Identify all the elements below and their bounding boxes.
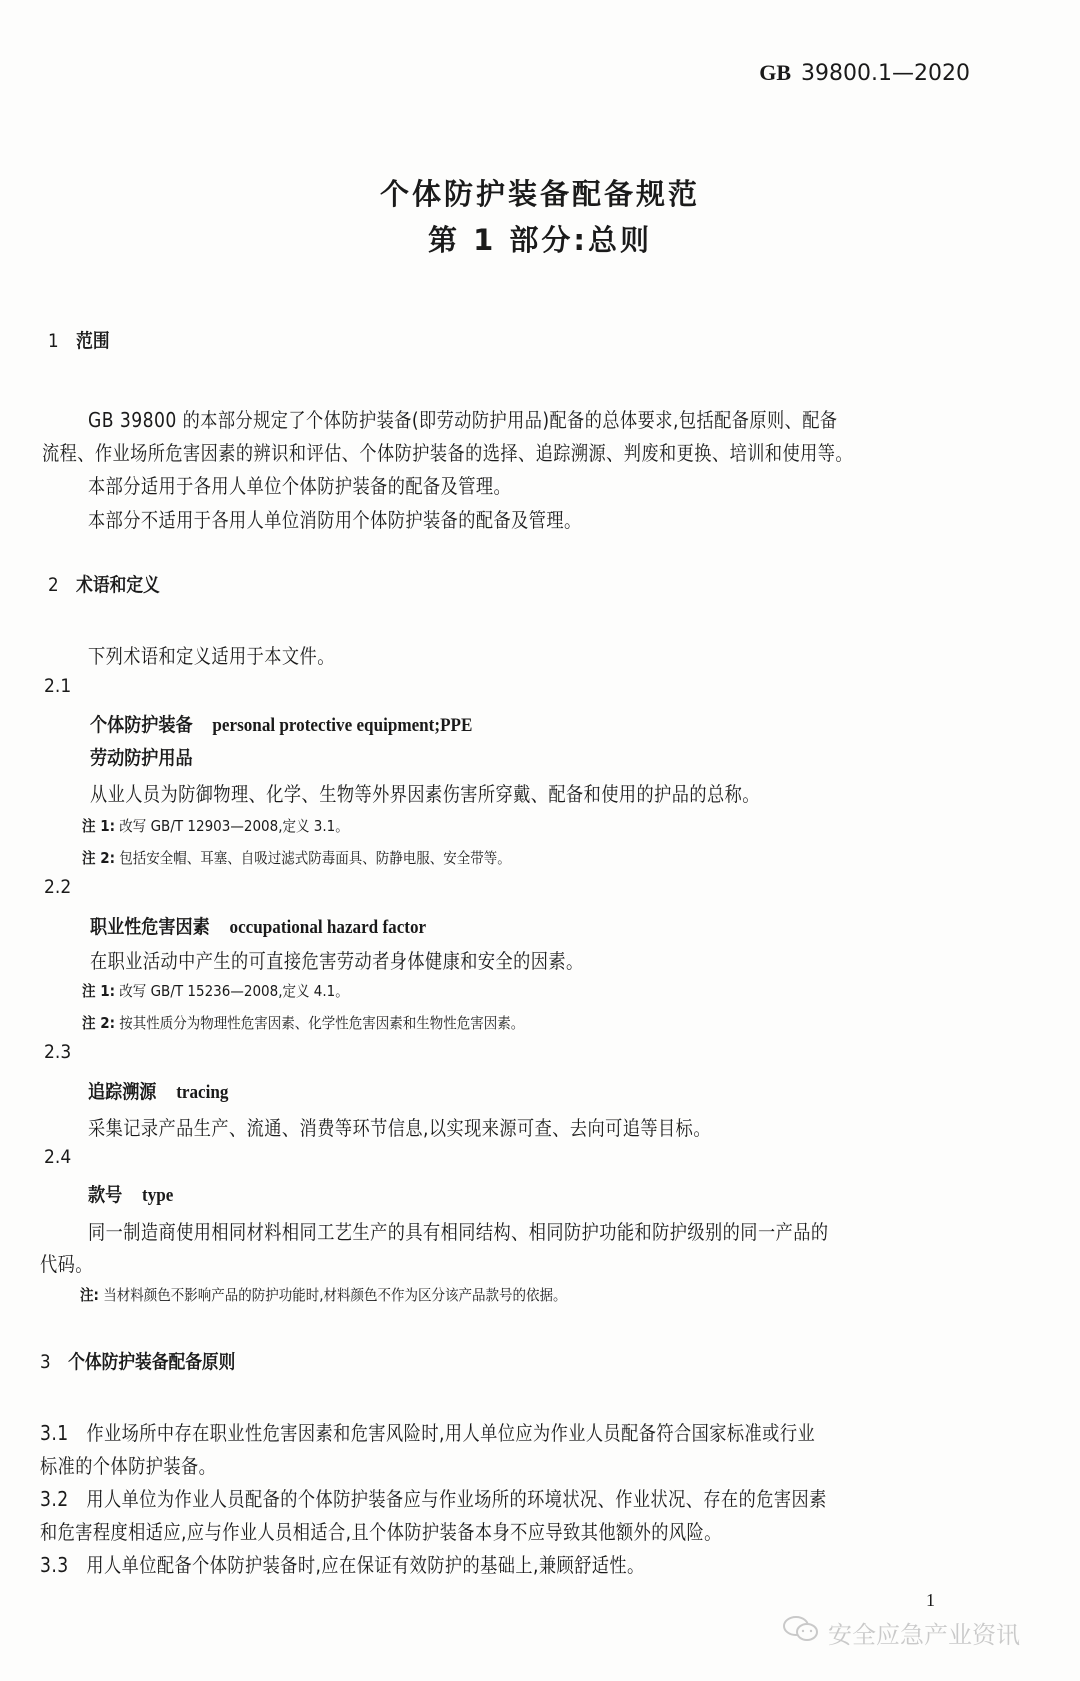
term-zh: 追踪溯源 <box>88 1081 156 1103</box>
paragraph: 本部分不适用于各用人单位消防用个体防护装备的配备及管理。 <box>88 504 582 533</box>
note-text: 包括安全帽、耳塞、自吸过滤式防毒面具、防静电服、安全带等。 <box>119 849 511 867</box>
note: 注: 当材料颜色不影响产品的防护功能时,材料颜色不作为区分该产品款号的依据。 <box>80 1284 567 1305</box>
term-en: occupational hazard factor <box>230 917 427 938</box>
term-zh: 职业性危害因素 <box>90 916 210 938</box>
watermark-text: 安全应急产业资讯 <box>828 1615 1020 1650</box>
section-heading-2: 2术语和定义 <box>48 570 160 597</box>
clause-text: 用人单位配备个体防护装备时,应在保证有效防护的基础上,兼顾舒适性。 <box>86 1553 644 1577</box>
term-alt: 劳动防护用品 <box>90 743 193 770</box>
clause-3-3: 3.3 用人单位配备个体防护装备时,应在保证有效防护的基础上,兼顾舒适性。 <box>40 1549 645 1578</box>
note-text: 当材料颜色不影响产品的防护功能时,材料颜色不作为区分该产品款号的依据。 <box>103 1286 566 1304</box>
paragraph: GB 39800 的本部分规定了个体防护装备(即劳动防护用品)配备的总体要求,包… <box>88 404 838 433</box>
term-title: 职业性危害因素occupational hazard factor <box>90 912 426 939</box>
term-number: 2.1 <box>44 675 71 697</box>
term-en: personal protective equipment;PPE <box>212 715 472 736</box>
code-prefix: GB <box>759 60 791 85</box>
paragraph: 下列术语和定义适用于本文件。 <box>88 640 335 669</box>
note: 注 2: 按其性质分为物理性危害因素、化学性危害因素和生物性危害因素。 <box>82 1012 524 1033</box>
term-en: tracing <box>176 1082 228 1103</box>
note: 注 1: 改写 GB/T 15236—2008,定义 4.1。 <box>82 980 349 1001</box>
note: 注 1: 改写 GB/T 12903—2008,定义 3.1。 <box>82 815 349 836</box>
clause-number: 3.2 <box>40 1487 69 1511</box>
clause-text: 作业场所中存在职业性危害因素和危害风险时,用人单位应为作业人员配备符合国家标准或… <box>86 1421 815 1445</box>
section-number: 2 <box>48 574 76 596</box>
clause-number: 3.3 <box>40 1553 69 1577</box>
clause-text: 和危害程度相适应,应与作业人员相适合,且个体防护装备本身不应导致其他额外的风险。 <box>40 1516 722 1545</box>
section-heading-1: 1范围 <box>48 326 110 353</box>
note-label: 注 2: <box>82 849 115 867</box>
term-definition: 代码。 <box>40 1248 93 1277</box>
term-en: type <box>142 1185 173 1206</box>
term-zh: 个体防护装备 <box>90 714 193 736</box>
term-number: 2.2 <box>44 876 71 898</box>
document-title: 个体防护装备配备规范 <box>0 172 1080 213</box>
standard-code: GB39800.1—2020 <box>759 60 970 86</box>
term-definition: 从业人员为防御物理、化学、生物等外界因素伤害所穿戴、配备和使用的护品的总称。 <box>90 778 760 807</box>
section-title: 术语和定义 <box>76 574 160 596</box>
section-heading-3: 3个体防护装备配备原则 <box>40 1347 235 1374</box>
section-number: 3 <box>40 1351 68 1373</box>
clause-3-1: 3.1 作业场所中存在职业性危害因素和危害风险时,用人单位应为作业人员配备符合国… <box>40 1417 815 1446</box>
wechat-icon <box>782 1614 820 1650</box>
paragraph: 流程、作业场所危害因素的辨识和评估、个体防护装备的选择、追踪溯源、判废和更换、培… <box>42 437 853 466</box>
page-number: 1 <box>926 1590 935 1611</box>
section-title: 范围 <box>76 330 109 352</box>
paragraph: 本部分适用于各用人单位个体防护装备的配备及管理。 <box>88 470 511 499</box>
section-number: 1 <box>48 330 76 352</box>
document-subtitle: 第 1 部分:总则 <box>0 218 1080 259</box>
note-label: 注 2: <box>82 1014 115 1032</box>
code-number: 39800.1—2020 <box>801 61 970 86</box>
term-number: 2.4 <box>44 1146 71 1168</box>
note-text: 改写 GB/T 15236—2008,定义 4.1。 <box>119 982 348 1000</box>
note-text: 改写 GB/T 12903—2008,定义 3.1。 <box>119 817 348 835</box>
term-definition: 采集记录产品生产、流通、消费等环节信息,以实现来源可查、去向可追等目标。 <box>88 1112 711 1141</box>
term-definition: 在职业活动中产生的可直接危害劳动者身体健康和安全的因素。 <box>90 945 584 974</box>
clause-number: 3.1 <box>40 1421 69 1445</box>
note: 注 2: 包括安全帽、耳塞、自吸过滤式防毒面具、防静电服、安全带等。 <box>82 847 511 868</box>
clause-3-2: 3.2 用人单位为作业人员配备的个体防护装备应与作业场所的环境状况、作业状况、存… <box>40 1483 827 1512</box>
term-definition: 同一制造商使用相同材料相同工艺生产的具有相同结构、相同防护功能和防护级别的同一产… <box>88 1216 828 1245</box>
term-title: 追踪溯源tracing <box>88 1077 228 1104</box>
term-title: 款号type <box>88 1180 173 1207</box>
section-title: 个体防护装备配备原则 <box>68 1351 235 1373</box>
clause-text: 标准的个体防护装备。 <box>40 1450 216 1479</box>
term-number: 2.3 <box>44 1041 71 1063</box>
note-label: 注: <box>80 1286 99 1304</box>
note-label: 注 1: <box>82 817 115 835</box>
term-zh: 款号 <box>88 1184 122 1206</box>
clause-text: 用人单位为作业人员配备的个体防护装备应与作业场所的环境状况、作业状况、存在的危害… <box>86 1487 826 1511</box>
watermark: 安全应急产业资讯 <box>782 1614 1020 1650</box>
term-title: 个体防护装备personal protective equipment;PPE <box>90 710 472 737</box>
note-label: 注 1: <box>82 982 115 1000</box>
note-text: 按其性质分为物理性危害因素、化学性危害因素和生物性危害因素。 <box>119 1014 524 1032</box>
